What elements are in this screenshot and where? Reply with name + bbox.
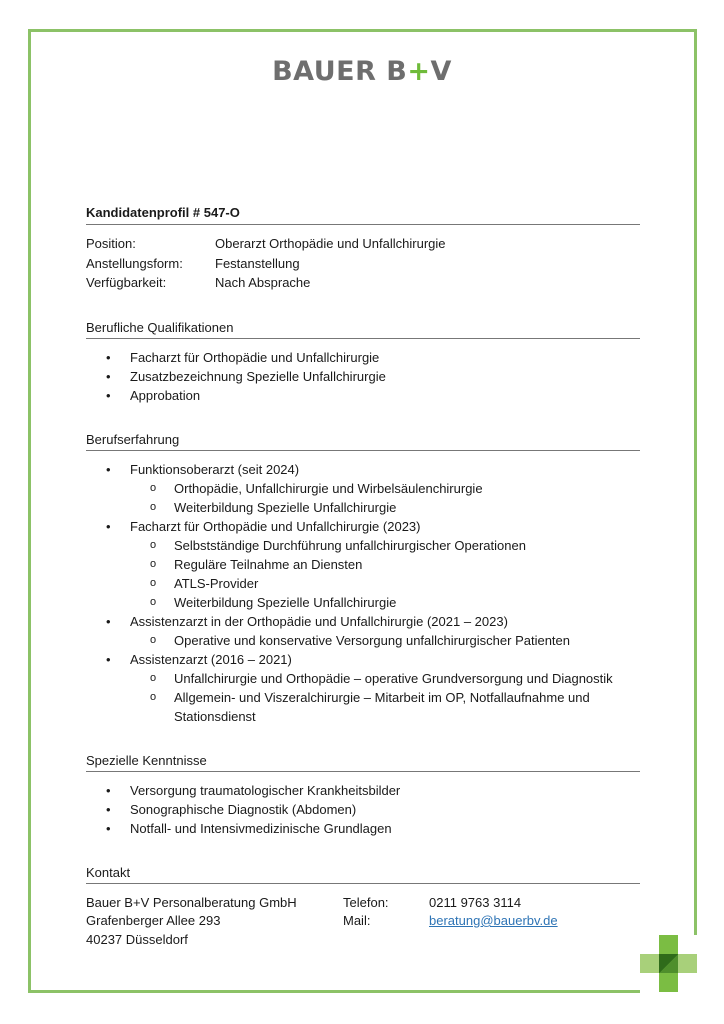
contact-street: Grafenberger Allee 293 [86, 912, 343, 931]
experience-detail: Weiterbildung Spezielle Unfallchirurgie [86, 593, 640, 612]
experience-item: Assistenzarzt in der Orthopädie und Unfa… [86, 612, 640, 631]
frame-border-right [694, 29, 697, 935]
experience-detail: Orthopädie, Unfallchirurgie und Wirbelsä… [86, 479, 640, 498]
frame-border-bottom [28, 990, 640, 993]
experience-detail: Unfallchirurgie und Orthopädie – operati… [86, 669, 640, 688]
profile-field-row: Verfügbarkeit:Nach Absprache [86, 273, 640, 293]
phone-number: 0211 9763 3114 [429, 894, 558, 913]
phone-label: Telefon: [343, 894, 429, 913]
skills-heading: Spezielle Kenntnisse [86, 753, 640, 772]
field-value: Festanstellung [215, 254, 300, 274]
profile-fields: Position:Oberarzt Orthopädie und Unfallc… [86, 234, 640, 293]
profile-field-row: Anstellungsform:Festanstellung [86, 254, 640, 274]
qualification-item: Approbation [86, 386, 640, 405]
contact-company: Bauer B+V Personalberatung GmbH [86, 894, 343, 913]
qualifications-list: Facharzt für Orthopädie und Unfallchirur… [86, 348, 640, 405]
contact-city: 40237 Düsseldorf [86, 931, 343, 950]
experience-list: Funktionsoberarzt (seit 2024)Orthopädie,… [86, 460, 640, 726]
field-value: Oberarzt Orthopädie und Unfallchirurgie [215, 234, 446, 254]
field-label: Verfügbarkeit: [86, 273, 215, 293]
qualification-item: Zusatzbezeichnung Spezielle Unfallchirur… [86, 367, 640, 386]
mail-link[interactable]: beratung@bauerbv.de [429, 913, 558, 928]
experience-detail: Selbstständige Durchführung unfallchirur… [86, 536, 640, 555]
experience-detail: Operative und konservative Versorgung un… [86, 631, 640, 650]
skill-item: Notfall- und Intensivmedizinische Grundl… [86, 819, 640, 838]
experience-item: Assistenzarzt (2016 – 2021) [86, 650, 640, 669]
qualifications-heading: Berufliche Qualifikationen [86, 320, 640, 339]
frame-border-top [28, 29, 697, 32]
skills-list: Versorgung traumatologischer Krankheitsb… [86, 781, 640, 838]
experience-detail: Allgemein- und Viszeralchirurgie – Mitar… [86, 688, 640, 726]
contact-heading: Kontakt [86, 865, 640, 884]
profile-title: Kandidatenprofil # 547-O [86, 205, 640, 225]
mail-label: Mail: [343, 912, 429, 931]
contact-block: Bauer B+V Personalberatung GmbH Grafenbe… [86, 894, 640, 950]
experience-detail: ATLS-Provider [86, 574, 640, 593]
experience-item: Funktionsoberarzt (seit 2024) [86, 460, 640, 479]
experience-detail: Reguläre Teilnahme an Diensten [86, 555, 640, 574]
skill-item: Sonographische Diagnostik (Abdomen) [86, 800, 640, 819]
skill-item: Versorgung traumatologischer Krankheitsb… [86, 781, 640, 800]
field-label: Position: [86, 234, 215, 254]
experience-item: Facharzt für Orthopädie und Unfallchirur… [86, 517, 640, 536]
profile-field-row: Position:Oberarzt Orthopädie und Unfallc… [86, 234, 640, 254]
field-value: Nach Absprache [215, 273, 310, 293]
experience-heading: Berufserfahrung [86, 432, 640, 451]
field-label: Anstellungsform: [86, 254, 215, 274]
frame-border-left [28, 29, 31, 993]
profile-document: Kandidatenprofil # 547-O Position:Oberar… [86, 205, 640, 949]
qualification-item: Facharzt für Orthopädie und Unfallchirur… [86, 348, 640, 367]
plus-icon: + [407, 56, 430, 87]
experience-detail: Weiterbildung Spezielle Unfallchirurgie [86, 498, 640, 517]
brand-logo: BAUER B+V [0, 56, 724, 87]
